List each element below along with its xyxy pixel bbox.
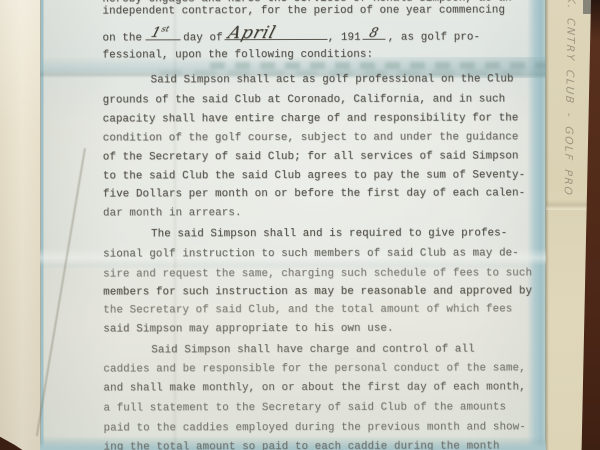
- typed-line-paragraph-start: Said Simpson shall have charge and contr…: [151, 344, 474, 357]
- year-digit-underline: 8: [363, 26, 386, 40]
- date-pre-text: on the: [102, 32, 142, 44]
- typed-line: sional golf instruction to such members …: [103, 247, 519, 260]
- typed-text-layer: hereby engages and hires the services of…: [0, 0, 600, 450]
- typed-line-paragraph-start: The said Simpson shall and is required t…: [151, 227, 507, 240]
- typed-line: dar month in arrears.: [103, 207, 242, 219]
- typed-line: members for such instruction as may be r…: [103, 285, 532, 298]
- photo-scene: hereby engages and hires the services of…: [0, 0, 600, 450]
- typed-line: condition of the golf course, subject to…: [103, 131, 519, 144]
- typed-line: capacity shall have entire charge of and…: [103, 112, 519, 125]
- date-mid-text: day of: [183, 32, 223, 44]
- typed-line: the Secretary of said Club, and the tota…: [103, 303, 512, 316]
- handwritten-year-digit: 8: [368, 26, 381, 41]
- typed-line: to the said Club the said Club agrees to…: [103, 169, 525, 182]
- typed-line: a full statement to the Secretary of sai…: [103, 401, 506, 414]
- month-underline: April: [225, 26, 328, 40]
- handwritten-month: April: [226, 23, 279, 43]
- typed-line-date: on the 1st day of April , 191 8 , as gol…: [102, 26, 480, 51]
- typed-line: independent contractor, for the period o…: [102, 4, 505, 17]
- day-underline: 1st: [145, 26, 180, 40]
- date-post-text: , as golf pro-: [388, 32, 480, 44]
- typed-line: sire and request the same, charging such…: [103, 267, 532, 280]
- typed-line: fessional, upon the following conditions…: [103, 49, 374, 62]
- typed-line-paragraph-start: Said Simpson shall act as golf professio…: [151, 73, 514, 86]
- typed-line: of the Secretary of said Club; for all s…: [103, 150, 519, 163]
- typed-line: said Simpson may appropriate to his own …: [103, 323, 393, 336]
- typed-line: and shall make monthly, on or about the …: [103, 381, 525, 394]
- typed-line: five Dollars per month on or before the …: [103, 187, 525, 200]
- typed-line-clipped-bottom: ing the total amount so paid to each cad…: [104, 440, 500, 450]
- date-year-text: , 191: [328, 32, 361, 44]
- typed-line: caddies and be responsible for the perso…: [103, 362, 525, 375]
- typed-line: paid to the caddies employed during the …: [104, 421, 526, 434]
- handwritten-day: 1st: [149, 25, 170, 42]
- typed-line: grounds of the said Club at Coronado, Ca…: [103, 93, 506, 106]
